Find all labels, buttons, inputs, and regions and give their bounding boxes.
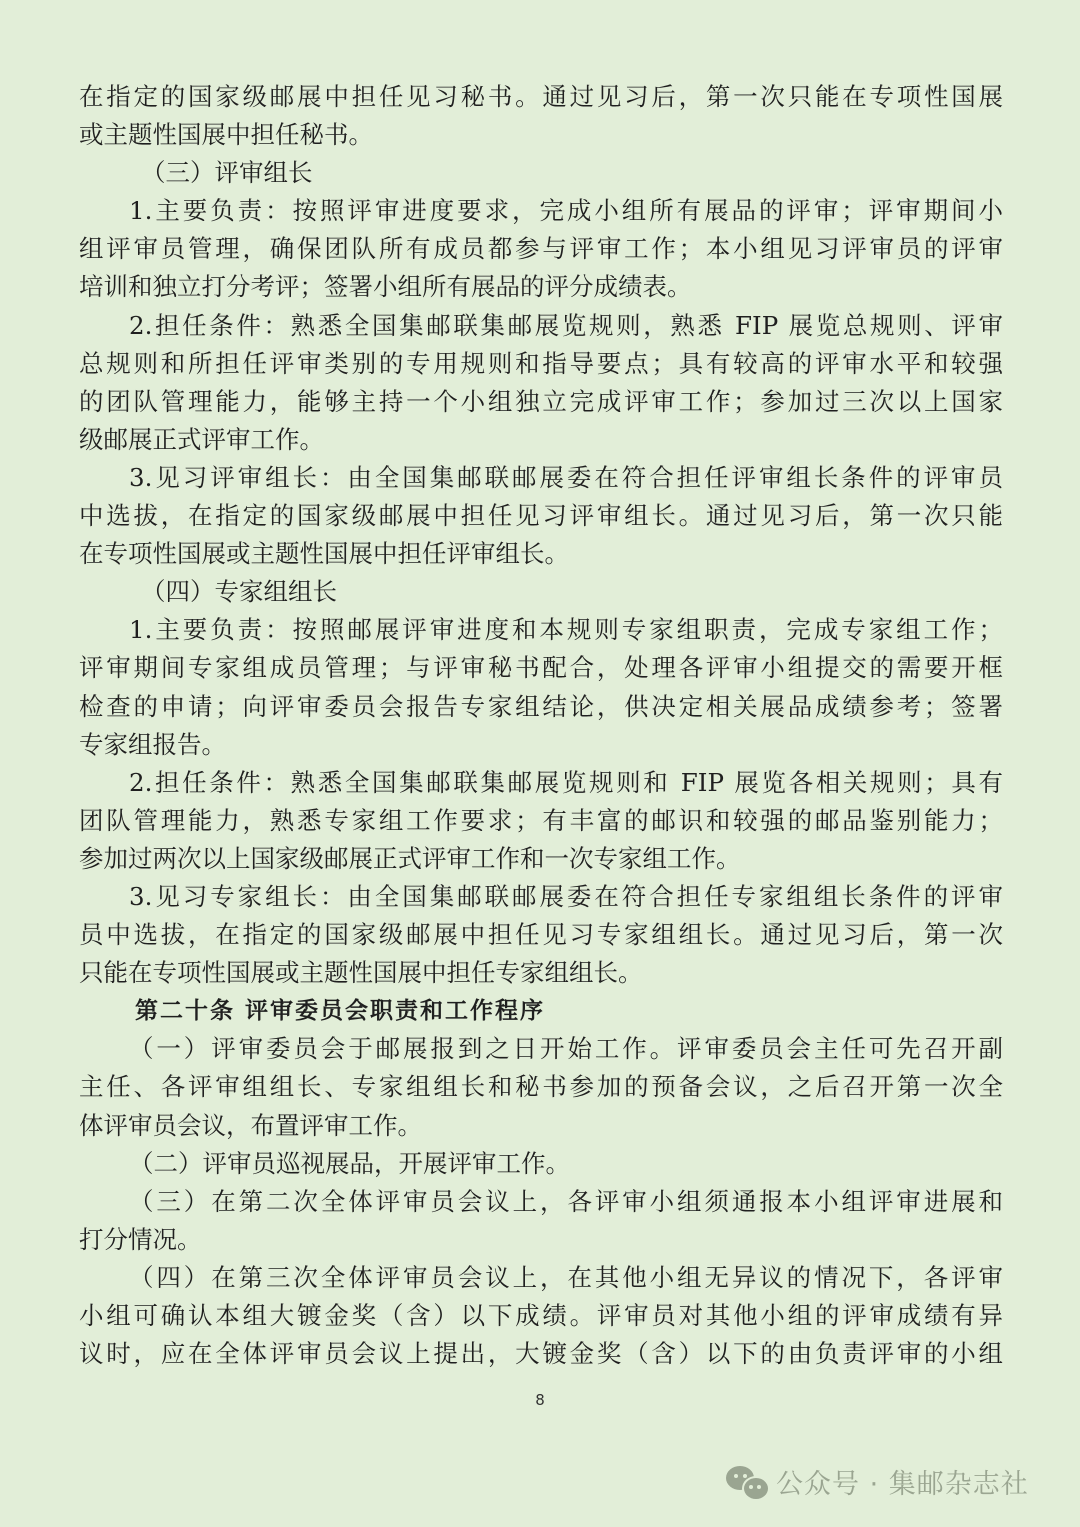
paragraph-line: （二）评审员巡视展品，开展评审工作。 xyxy=(79,1145,1003,1183)
paragraph-line: 小组可确认本组大镀金奖（含）以下成绩。评审员对其他小组的评审成绩有异 xyxy=(79,1297,1003,1335)
watermark: 公众号 · 集邮杂志社 xyxy=(726,1462,1029,1501)
paragraph-line: 员中选拔，在指定的国家级邮展中担任见习专家组组长。通过见习后，第一次 xyxy=(79,916,1003,954)
paragraph-line: 只能在专项性国展或主题性国展中担任专家组组长。 xyxy=(79,954,1003,992)
paragraph-line: 3.见习专家组长：由全国集邮联邮展委在符合担任专家组组长条件的评审 xyxy=(79,878,1003,916)
paragraph-line: 3.见习评审组长：由全国集邮联邮展委在符合担任评审组长条件的评审员 xyxy=(79,459,1003,497)
watermark-label: 公众号 · 集邮杂志社 xyxy=(776,1462,1029,1501)
paragraph-line: 2.担任条件：熟悉全国集邮联集邮展览规则和 FIP 展览各相关规则；具有 xyxy=(79,764,1003,802)
section-heading-3: （三）评审组长 xyxy=(79,154,1003,192)
paragraph-line: 主任、各评审组组长、专家组组长和秘书参加的预备会议，之后召开第一次全 xyxy=(79,1068,1003,1106)
article-heading: 第二十条 评审委员会职责和工作程序 xyxy=(79,992,1003,1030)
document-page: 在指定的国家级邮展中担任见习秘书。通过见习后，第一次只能在专项性国展 或主题性国… xyxy=(79,78,1003,1373)
paragraph-line: 议时，应在全体评审员会议上提出，大镀金奖（含）以下的由负责评审的小组 xyxy=(79,1335,1003,1373)
paragraph-line: 培训和独立打分考评；签署小组所有展品的评分成绩表。 xyxy=(79,268,1003,306)
paragraph-line: 评审期间专家组成员管理；与评审秘书配合，处理各评审小组提交的需要开框 xyxy=(79,649,1003,687)
paragraph-line: 1.主要负责：按照邮展评审进度和本规则专家组职责，完成专家组工作； xyxy=(79,611,1003,649)
paragraph-line: 2.担任条件：熟悉全国集邮联集邮展览规则，熟悉 FIP 展览总规则、评审 xyxy=(79,307,1003,345)
paragraph-line: 中选拔，在指定的国家级邮展中担任见习评审组长。通过见习后，第一次只能 xyxy=(79,497,1003,535)
paragraph-line: 在指定的国家级邮展中担任见习秘书。通过见习后，第一次只能在专项性国展 xyxy=(79,78,1003,116)
paragraph-line: 团队管理能力，熟悉专家组工作要求；有丰富的邮识和较强的邮品鉴别能力； xyxy=(79,802,1003,840)
paragraph-line: （四）在第三次全体评审员会议上，在其他小组无异议的情况下，各评审 xyxy=(79,1259,1003,1297)
paragraph-line: 级邮展正式评审工作。 xyxy=(79,421,1003,459)
paragraph-line: 或主题性国展中担任秘书。 xyxy=(79,116,1003,154)
paragraph-line: 在专项性国展或主题性国展中担任评审组长。 xyxy=(79,535,1003,573)
paragraph-line: 的团队管理能力，能够主持一个小组独立完成评审工作；参加过三次以上国家 xyxy=(79,383,1003,421)
paragraph-line: 参加过两次以上国家级邮展正式评审工作和一次专家组工作。 xyxy=(79,840,1003,878)
paragraph-line: 组评审员管理，确保团队所有成员都参与评审工作；本小组见习评审员的评审 xyxy=(79,230,1003,268)
paragraph-line: （三）在第二次全体评审员会议上，各评审小组须通报本小组评审进展和 xyxy=(79,1183,1003,1221)
paragraph-line: 总规则和所担任评审类别的专用规则和指导要点；具有较高的评审水平和较强 xyxy=(79,345,1003,383)
wechat-icon xyxy=(726,1464,768,1500)
page-number: 8 xyxy=(0,1391,1080,1409)
paragraph-line: 1.主要负责：按照评审进度要求，完成小组所有展品的评审；评审期间小 xyxy=(79,192,1003,230)
paragraph-line: 体评审员会议，布置评审工作。 xyxy=(79,1107,1003,1145)
paragraph-line: （一）评审委员会于邮展报到之日开始工作。评审委员会主任可先召开副 xyxy=(79,1030,1003,1068)
paragraph-line: 专家组报告。 xyxy=(79,726,1003,764)
paragraph-line: 打分情况。 xyxy=(79,1221,1003,1259)
section-heading-4: （四）专家组组长 xyxy=(79,573,1003,611)
paragraph-line: 检查的申请；向评审委员会报告专家组结论，供决定相关展品成绩参考；签署 xyxy=(79,688,1003,726)
